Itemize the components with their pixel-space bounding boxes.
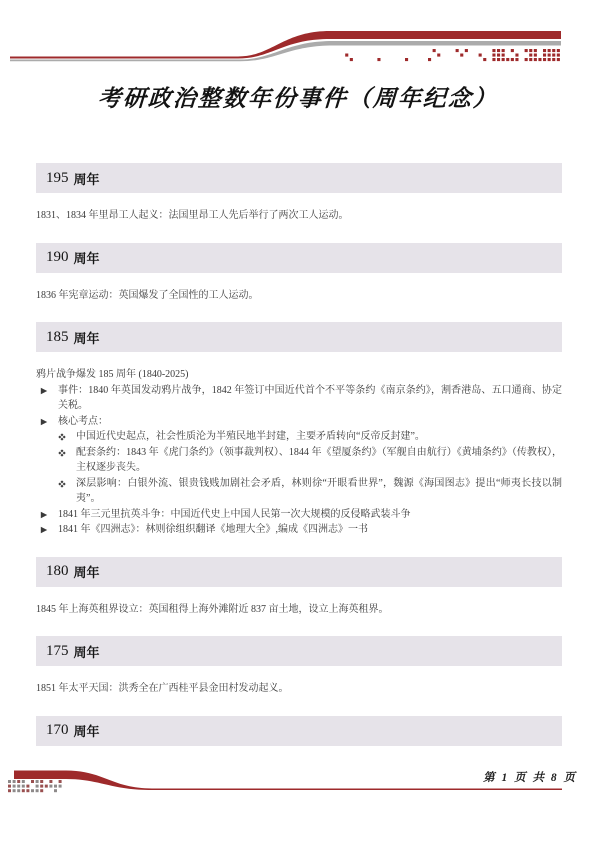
section-heading-bar: 185 周年 [36, 322, 562, 352]
bullet-text: 配套条约：1843 年《虎门条约》（领事裁判权）、1844 年《望厦条约》（军舰… [76, 445, 562, 476]
section-heading-number: 175 [46, 643, 69, 660]
bullet-text: 中国近代史起点，社会性质沦为半殖民地半封建，主要矛盾转向“反帝反封建”。 [76, 429, 562, 445]
document-title: 考研政治整数年份事件（周年纪念） [0, 80, 596, 113]
document-page: 考研政治整数年份事件（周年纪念） 195 周年 1831、1834 年里昂工人起… [0, 0, 596, 843]
paragraph-text: 1851 年太平天国：洪秀全在广西桂平县金田村发动起义。 [36, 681, 562, 697]
bullet-text: 深层影响：白银外流、银贵钱贱加剧社会矛盾，林则徐“开眼看世界”，魏源《海国图志》… [76, 476, 562, 507]
section-content: 鸦片战争爆发 185 周年 (1840-2025) 事件：1840 年英国发动鸦… [36, 352, 562, 557]
section: 190 周年 1836 年宪章运动：英国爆发了全国性的工人运动。 [36, 243, 562, 323]
footer-dots-pattern [8, 780, 62, 792]
bullet-text: 事件：1840 年英国发动鸦片战争，1842 年签订中国近代首个不平等条约《南京… [58, 383, 562, 414]
section: 180 周年 1845 年上海英租界设立：英国租得上海外滩附近 837 亩土地，… [36, 557, 562, 637]
paragraph-text: 1831、1834 年里昂工人起义：法国里昂工人先后举行了两次工人运动。 [36, 208, 562, 224]
bullet-text: 1841 年三元里抗英斗争：中国近代史上中国人民第一次大规模的反侵略武装斗争 [58, 507, 562, 523]
paragraph: 1845 年上海英租界设立：英国租得上海外滩附近 837 亩土地，设立上海英租界… [36, 602, 562, 618]
header-dots-pattern [345, 49, 560, 61]
section: 185 周年 鸦片战争爆发 185 周年 (1840-2025) 事件：1840… [36, 322, 562, 557]
arrow-bullet-item: 事件：1840 年英国发动鸦片战争，1842 年签订中国近代首个不平等条约《南京… [36, 383, 562, 414]
section-heading-label: 周年 [74, 169, 100, 188]
arrow-bullet-icon [40, 507, 58, 519]
section-content: 1836 年宪章运动：英国爆发了全国性的工人运动。 [36, 273, 562, 323]
bullet-text: 1841 年《四洲志》：林则徐组织翻译《地理大全》,编成《四洲志》一书 [58, 522, 562, 538]
section-heading-bar: 195 周年 [36, 163, 562, 193]
section: 195 周年 1831、1834 年里昂工人起义：法国里昂工人先后举行了两次工人… [36, 163, 562, 243]
section-heading-label: 周年 [74, 248, 100, 267]
diamond-bullet-item: 配套条约：1843 年《虎门条约》（领事裁判权）、1844 年《望厦条约》（军舰… [36, 445, 562, 476]
paragraph-text: 1845 年上海英租界设立：英国租得上海外滩附近 837 亩土地，设立上海英租界… [36, 602, 562, 618]
diamond-bullet-icon [58, 445, 76, 457]
paragraph: 1831、1834 年里昂工人起义：法国里昂工人先后举行了两次工人运动。 [36, 208, 562, 224]
document-body: 195 周年 1831、1834 年里昂工人起义：法国里昂工人先后举行了两次工人… [36, 163, 562, 746]
page-number: 第 1 页 共 8 页 [483, 769, 577, 785]
section-heading-bar: 170 周年 [36, 716, 562, 746]
arrow-bullet-icon [40, 522, 58, 534]
section: 175 周年 1851 年太平天国：洪秀全在广西桂平县金田村发动起义。 [36, 636, 562, 716]
arrow-bullet-item: 1841 年《四洲志》：林则徐组织翻译《地理大全》,编成《四洲志》一书 [36, 522, 562, 538]
arrow-bullet-item: 核心考点： [36, 414, 562, 430]
section-heading-number: 185 [46, 329, 69, 346]
section-heading-number: 180 [46, 563, 69, 580]
arrow-bullet-item: 1841 年三元里抗英斗争：中国近代史上中国人民第一次大规模的反侵略武装斗争 [36, 507, 562, 523]
section-heading-label: 周年 [74, 562, 100, 581]
paragraph: 1836 年宪章运动：英国爆发了全国性的工人运动。 [36, 288, 562, 304]
diamond-bullet-item: 深层影响：白银外流、银贵钱贱加剧社会矛盾，林则徐“开眼看世界”，魏源《海国图志》… [36, 476, 562, 507]
section: 170 周年 [36, 716, 562, 746]
paragraph-text: 1836 年宪章运动：英国爆发了全国性的工人运动。 [36, 288, 562, 304]
paragraph: 1851 年太平天国：洪秀全在广西桂平县金田村发动起义。 [36, 681, 562, 697]
bullet-text: 核心考点： [58, 414, 562, 430]
section-content: 1831、1834 年里昂工人起义：法国里昂工人先后举行了两次工人运动。 [36, 193, 562, 243]
section-content: 1851 年太平天国：洪秀全在广西桂平县金田村发动起义。 [36, 666, 562, 716]
section-heading-bar: 190 周年 [36, 243, 562, 273]
diamond-bullet-icon [58, 476, 76, 488]
diamond-bullet-item: 中国近代史起点，社会性质沦为半殖民地半封建，主要矛盾转向“反帝反封建”。 [36, 429, 562, 445]
section-heading-number: 190 [46, 249, 69, 266]
section-heading-bar: 175 周年 [36, 636, 562, 666]
section-heading-number: 195 [46, 170, 69, 187]
section-heading-bar: 180 周年 [36, 557, 562, 587]
section-heading-number: 170 [46, 722, 69, 739]
section-heading-label: 周年 [74, 721, 100, 740]
header-decoration [0, 0, 596, 70]
paragraph-text: 鸦片战争爆发 185 周年 (1840-2025) [36, 367, 562, 383]
arrow-bullet-icon [40, 383, 58, 395]
diamond-bullet-icon [58, 429, 76, 441]
section-heading-label: 周年 [74, 328, 100, 347]
section-content: 1845 年上海英租界设立：英国租得上海外滩附近 837 亩土地，设立上海英租界… [36, 587, 562, 637]
section-heading-label: 周年 [74, 642, 100, 661]
arrow-bullet-icon [40, 414, 58, 426]
paragraph: 鸦片战争爆发 185 周年 (1840-2025) [36, 367, 562, 383]
